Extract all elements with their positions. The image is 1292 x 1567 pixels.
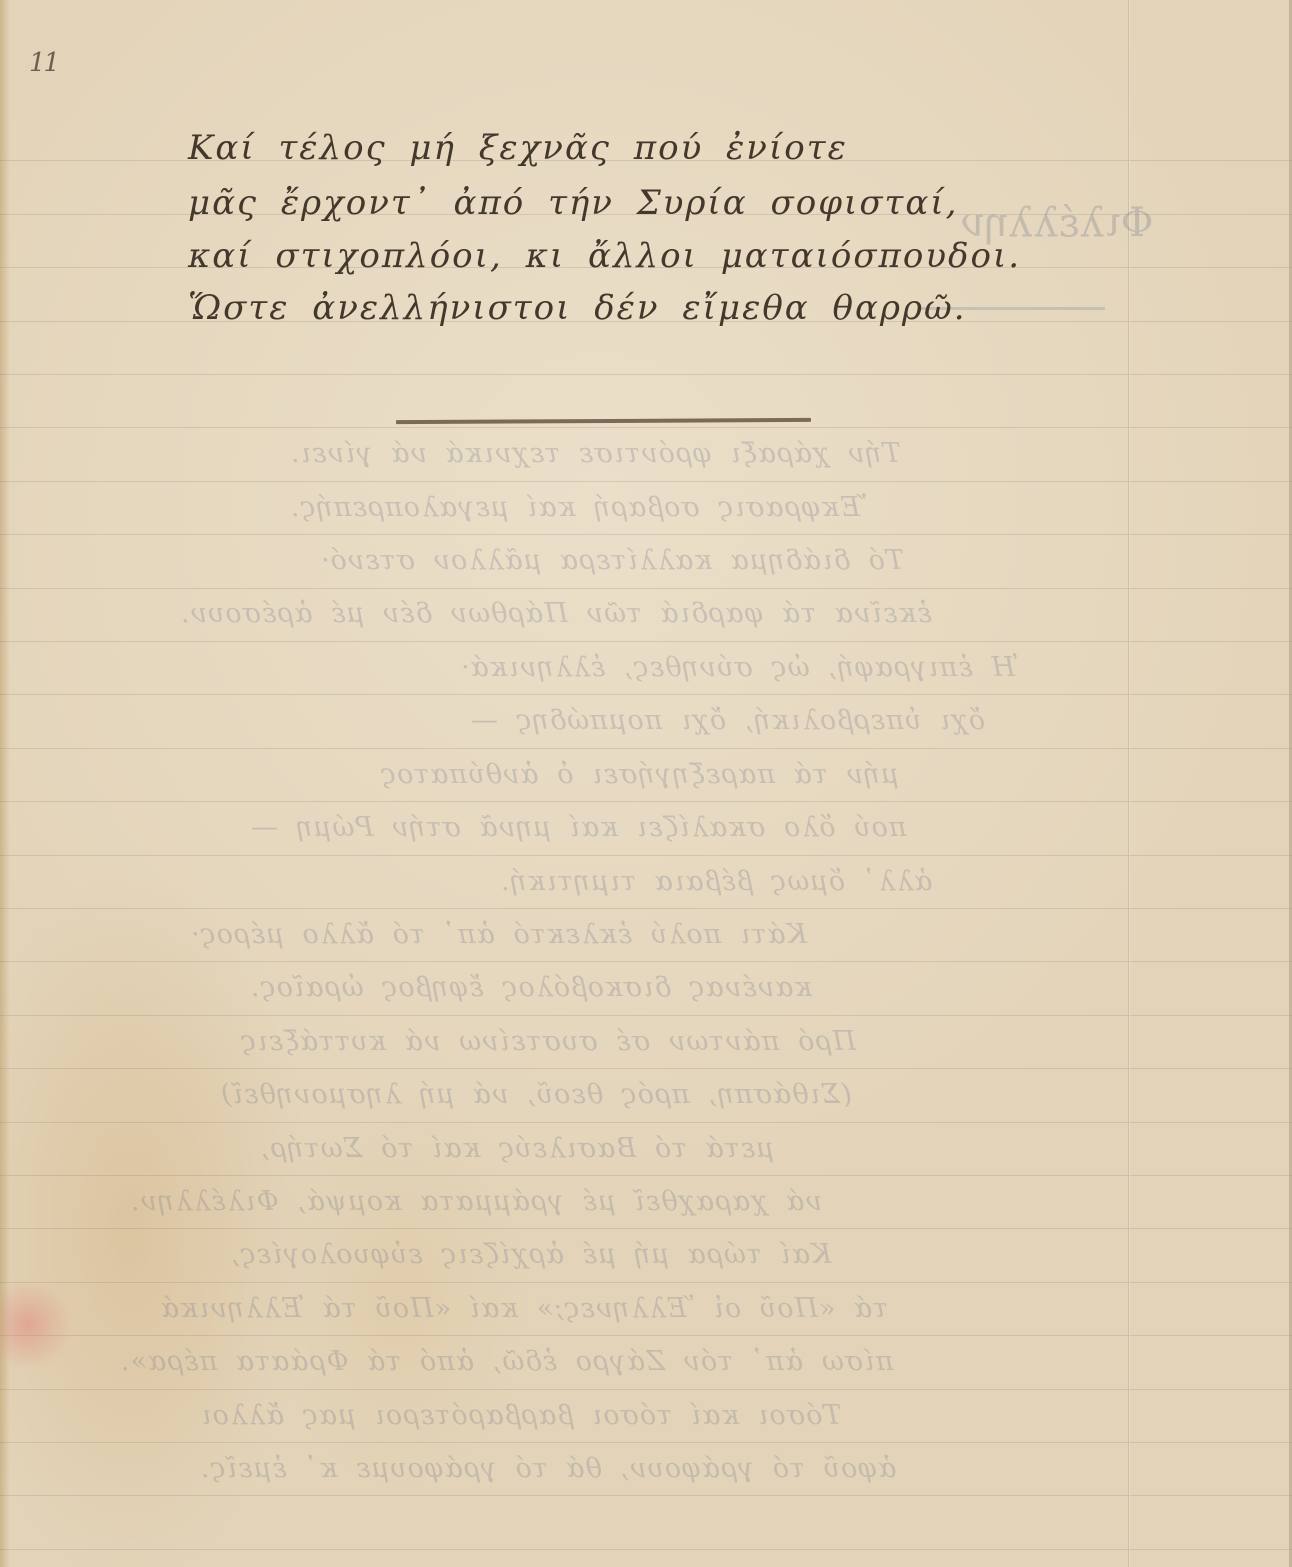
ruled-line	[0, 855, 1292, 856]
ghost-line: ἀφοῦ τό γράφουν, θά τό γράφουμε κ᾽ ἐμεῖς…	[200, 1453, 896, 1484]
manuscript-page: Φιλέλλην Τήν χάραξι φρόντισε τεχνικά νά …	[0, 0, 1292, 1567]
ghost-line: Τό διάδημα καλλίτερα μᾶλλον στενό·	[320, 545, 904, 576]
ghost-line: Τόσοι καί τόσοι βαρβαρότεροι μας ἄλλοι	[200, 1400, 841, 1431]
ghost-line: πού ὅλο σκαλίζει καί μηνᾶ στήν Ρώμη —	[250, 812, 907, 843]
ruled-line	[0, 1495, 1292, 1496]
ruled-line	[0, 748, 1292, 749]
ruled-line	[0, 588, 1292, 589]
ghost-line: Κάτι πολύ ἐκλεκτό ἀπ᾽ τό ἄλλο μέρος·	[190, 919, 807, 950]
ghost-line: ἐκεῖνα τά φαρδιά τῶν Πάρθων δέν μέ ἀρέσο…	[180, 598, 932, 629]
ruled-line	[0, 908, 1292, 909]
ruled-line	[0, 641, 1292, 642]
ruled-line	[0, 1389, 1292, 1390]
ghost-line: τά «Ποῦ οἱ Ἕλληνες;» καί «Ποῦ τά Ἑλληνικ…	[160, 1293, 888, 1324]
section-divider-line	[396, 418, 811, 424]
ruled-line	[0, 1015, 1292, 1016]
paper-left-edge	[0, 0, 10, 1567]
ghost-line: μετά τό Βασιλεύς καί τό Σωτήρ,	[260, 1133, 774, 1164]
ruled-line	[0, 1175, 1292, 1176]
ghost-line: κανένας δισκοβόλος ἔφηβος ὡραῖος.	[250, 972, 812, 1003]
ruled-line	[0, 1549, 1292, 1550]
ruled-line	[0, 1442, 1292, 1443]
ruled-line	[0, 374, 1292, 375]
ruled-line	[0, 1068, 1292, 1069]
poem-line: Ὥστε ἀνελλήνιστοι δέν εἴμεθα θαρρῶ.	[188, 288, 967, 328]
ruled-line	[0, 801, 1292, 802]
ghost-line: Καί τώρα μή μέ ἀρχίζεις εὐφυολογίες,	[230, 1239, 831, 1270]
ghost-line: ὄχι ὑπερβολική, ὄχι πομπώδης —	[470, 705, 985, 736]
ghost-line: νά χαραχθεῖ μέ γράμματα κομψά, Φιλέλλην.	[130, 1186, 822, 1217]
ruled-line	[0, 481, 1292, 482]
ghost-line: Πρό πάντων σέ συστείνω νά κυττάξεις	[240, 1026, 856, 1057]
ghost-line: Ἡ ἐπιγραφή, ὡς σύνηθες, ἑλληνικά·	[460, 652, 1018, 683]
ghost-line: πίσω ἀπ᾽ τόν Ζάγρο ἐδῶ, ἀπό τά Φράατα πέ…	[120, 1346, 894, 1377]
ghost-line: Ἔκφρασις σοβαρή καί μεγαλοπρεπής.	[290, 492, 867, 523]
poem-line: μᾶς ἔρχοντ᾽ ἀπό τήν Συρία σοφισταί,	[188, 183, 958, 223]
ruled-line	[0, 1335, 1292, 1336]
ruled-line	[0, 1228, 1292, 1229]
page-number: 11	[29, 48, 58, 78]
ghost-line: Τήν χάραξι φρόντισε τεχνικά νά γίνει.	[290, 438, 901, 469]
poem-line: Καί τέλος μή ξεχνᾶς πού ἐνίοτε	[188, 128, 848, 168]
ruled-line	[0, 1122, 1292, 1123]
ruled-line	[0, 694, 1292, 695]
ruled-line	[0, 534, 1292, 535]
ruled-line	[0, 1282, 1292, 1283]
poem-line: καί στιχοπλόοι, κι ἄλλοι ματαιόσπουδοι.	[188, 236, 1021, 276]
ghost-line: ἀλλ᾽ ὅμως βέβαια τιμητική.	[500, 866, 933, 897]
ghost-line: μήν τά παρεξηγήσει ὁ ἀνθύπατος	[380, 759, 899, 790]
ghost-line: (Σιθάσπη, πρός θεοῦ, νά μή λησμονηθεῖ)	[220, 1079, 852, 1110]
ruled-line	[0, 427, 1292, 428]
ruled-line	[0, 961, 1292, 962]
